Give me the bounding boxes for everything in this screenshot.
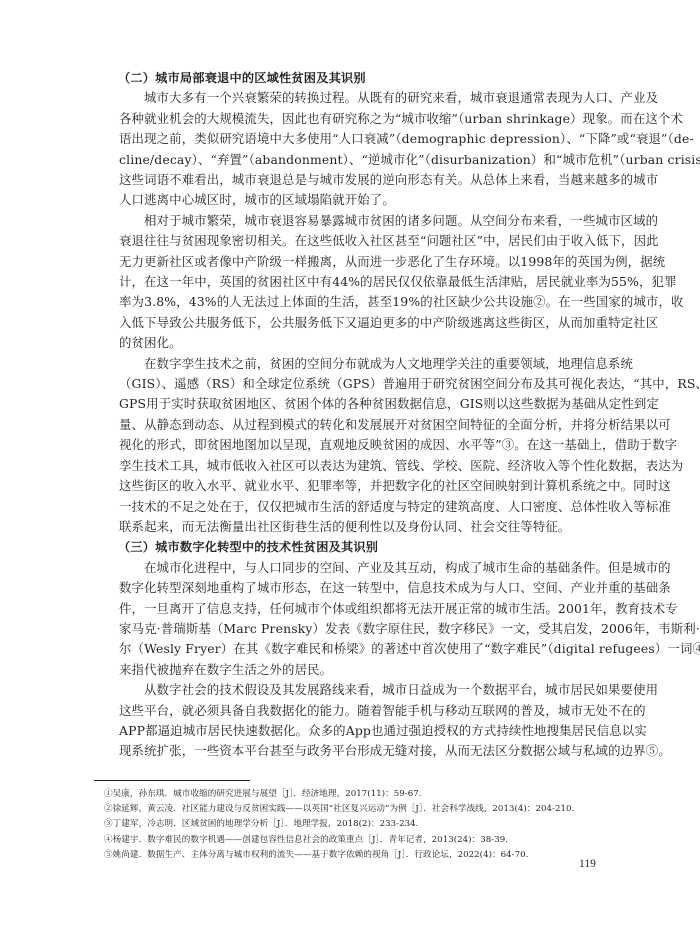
text-line: 衰退往往与贫困现象密切相关。在这些低收入社区甚至“问题社区”中，居民们由于收入低… [94,231,606,251]
footnote-2: ②徐延辉，黄云凌．社区能力建设与反贫困实践——以英国“社区复兴运动”为例［J］．… [104,802,624,817]
paragraph-data-platform: 从数字社会的技术假设及其发展路线来看，城市日益成为一个数据平台，城市居民如果要使… [94,680,606,762]
footnote-3: ③丁建军，冷志明．区域贫困的地理学分析［J］．地理学报，2018(2)：233-… [104,817,624,832]
text-line: 相对于城市繁荣，城市衰退容易暴露城市贫困的诸多问题。从空间分布来看，一些城市区域… [94,211,606,231]
text-line: 各种就业机会的大规模流失，因此也有研究称之为“城市收缩”（urban shrin… [94,109,606,129]
text-line: （GIS）、遥感（RS）和全球定位系统（GPS）普遍用于研究贫困空间分布及其可视… [94,374,606,394]
text-line: 一技术的不足之处在于，仅仅把城市生活的舒适度与特定的建筑高度、人口密度、总体性收… [94,497,606,517]
text-line: 在数字孪生技术之前，贫困的空间分布就成为人文地理学关注的重要领域，地理信息系统 [94,354,606,374]
footnote-4: ④杨建宇．数字难民的数字机遇——创建包容性信息社会的政策重点［J］．青年记者，2… [104,833,624,848]
article-body: （二）城市局部衰退中的区域性贫困及其识别 城市大多有一个兴衰繁荣的转换过程。从既… [94,68,606,762]
text-line: cline/decay）、“弃置”（abandonment）、“逆城市化”（di… [94,150,606,170]
text-line: 从数字社会的技术假设及其发展路线来看，城市日益成为一个数据平台，城市居民如果要使… [94,680,606,700]
text-line: 的贫困化。 [94,333,606,353]
text-line: 无力更新社区或者像中产阶级一样搬离，从而进一步恶化了生存环境。以1998年的英国… [94,252,606,272]
text-line: 率为3.8%，43%的人无法过上体面的生活，甚至19%的社区缺少公共设施②。在一… [94,292,606,312]
text-line: 计，在这一年中，英国的贫困社区中有44%的居民仅仅依靠最低生活津贴，居民就业率为… [94,272,606,292]
text-line: 这些街区的收入水平、就业水平、犯罪率等，并把数字化的社区空间映射到计算机系统之中… [94,476,606,496]
footnote-1: ①吴康，孙东琪．城市收缩的研究进展与展望［J］．经济地理，2017(11)：59… [104,787,624,802]
text-line: 孪生技术工具，城市低收入社区可以表达为建筑、管线、学校、医院、经济收入等个性化数… [94,456,606,476]
text-line: 在城市化进程中，与人口同步的空间、产业及其互动，构成了城市生命的基础条件。但是城… [94,558,606,578]
paragraph-digital-twin-gis: 在数字孪生技术之前，贫困的空间分布就成为人文地理学关注的重要领域，地理信息系统 … [94,354,606,538]
text-line: 尔（Wesly Fryer）在其《数字难民和桥梁》的著述中首次使用了“数字难民”… [94,639,606,659]
footnotes: ①吴康，孙东琪．城市收缩的研究进展与展望［J］．经济地理，2017(11)：59… [104,787,624,863]
text-line: 联系起来，而无法衡量出社区街巷生活的便利性以及身份认同、社会交往等特征。 [94,517,606,537]
footnote-5: ⑤姚尚建．数据生产、主体分离与城市权利的流失——基于数字依赖的视角［J］．行政论… [104,848,624,863]
text-line: 语出现之前，类似研究语境中大多使用“人口衰减”（demographic depr… [94,129,606,149]
text-line: 城市大多有一个兴衰繁荣的转换过程。从既有的研究来看，城市衰退通常表现为人口、产业… [94,88,606,108]
text-line: GPS用于实时获取贫困地区、贫困个体的各种贫困数据信息，GIS则以这些数据为基础… [94,394,606,414]
text-line: 入低下导致公共服务低下，公共服务低下又逼迫更多的中产阶级逃离这些街区，从而加重特… [94,313,606,333]
section-heading-2: （二）城市局部衰退中的区域性贫困及其识别 [94,68,606,88]
text-line: 这些词语不难看出，城市衰退总是与城市发展的逆向形态有关。从总体上来看，当越来越多… [94,170,606,190]
text-line: 家马克·普瑞斯基（Marc Prensky）发表《数字原住民，数字移民》一文，受… [94,619,606,639]
text-line: 这些平台，就必须具备自我数据化的能力。随着智能手机与移动互联网的普及，城市无处不… [94,701,606,721]
paragraph-digital-transformation: 在城市化进程中，与人口同步的空间、产业及其互动，构成了城市生命的基础条件。但是城… [94,558,606,680]
text-line: 现系统扩张，一些资本平台甚至与政务平台形成无缝对接，从而无法区分数据公域与私域的… [94,741,606,761]
text-line: 来指代被抛弃在数字生活之外的居民。 [94,660,606,680]
section-heading-3: （三）城市数字化转型中的技术性贫困及其识别 [94,537,606,557]
footnote-divider [94,780,250,781]
page-number: 119 [579,858,596,870]
text-line: 数字化转型深刻地重构了城市形态，在这一转型中，信息技术成为与人口、空间、产业并重… [94,578,606,598]
text-line: APP都逼迫城市居民快速数据化。众多的App也通过强迫授权的方式持续性地搜集居民… [94,721,606,741]
text-line: 件，一旦离开了信息支持，任何城市个体或组织都将无法开展正常的城市生活。2001年… [94,599,606,619]
text-line: 人口逃离中心城区时，城市的区域塌陷就开始了。 [94,190,606,210]
text-line: 量、从静态到动态、从过程到模式的转化和发展展开对贫困空间特征的全面分析，并将分析… [94,415,606,435]
paragraph-urban-decline: 城市大多有一个兴衰繁荣的转换过程。从既有的研究来看，城市衰退通常表现为人口、产业… [94,88,606,210]
text-line: 视化的形式，即贫困地图加以呈现，直观地反映贫困的成因、水平等”③。在这一基础上，… [94,435,606,455]
paragraph-poverty-exposure: 相对于城市繁荣，城市衰退容易暴露城市贫困的诸多问题。从空间分布来看，一些城市区域… [94,211,606,354]
